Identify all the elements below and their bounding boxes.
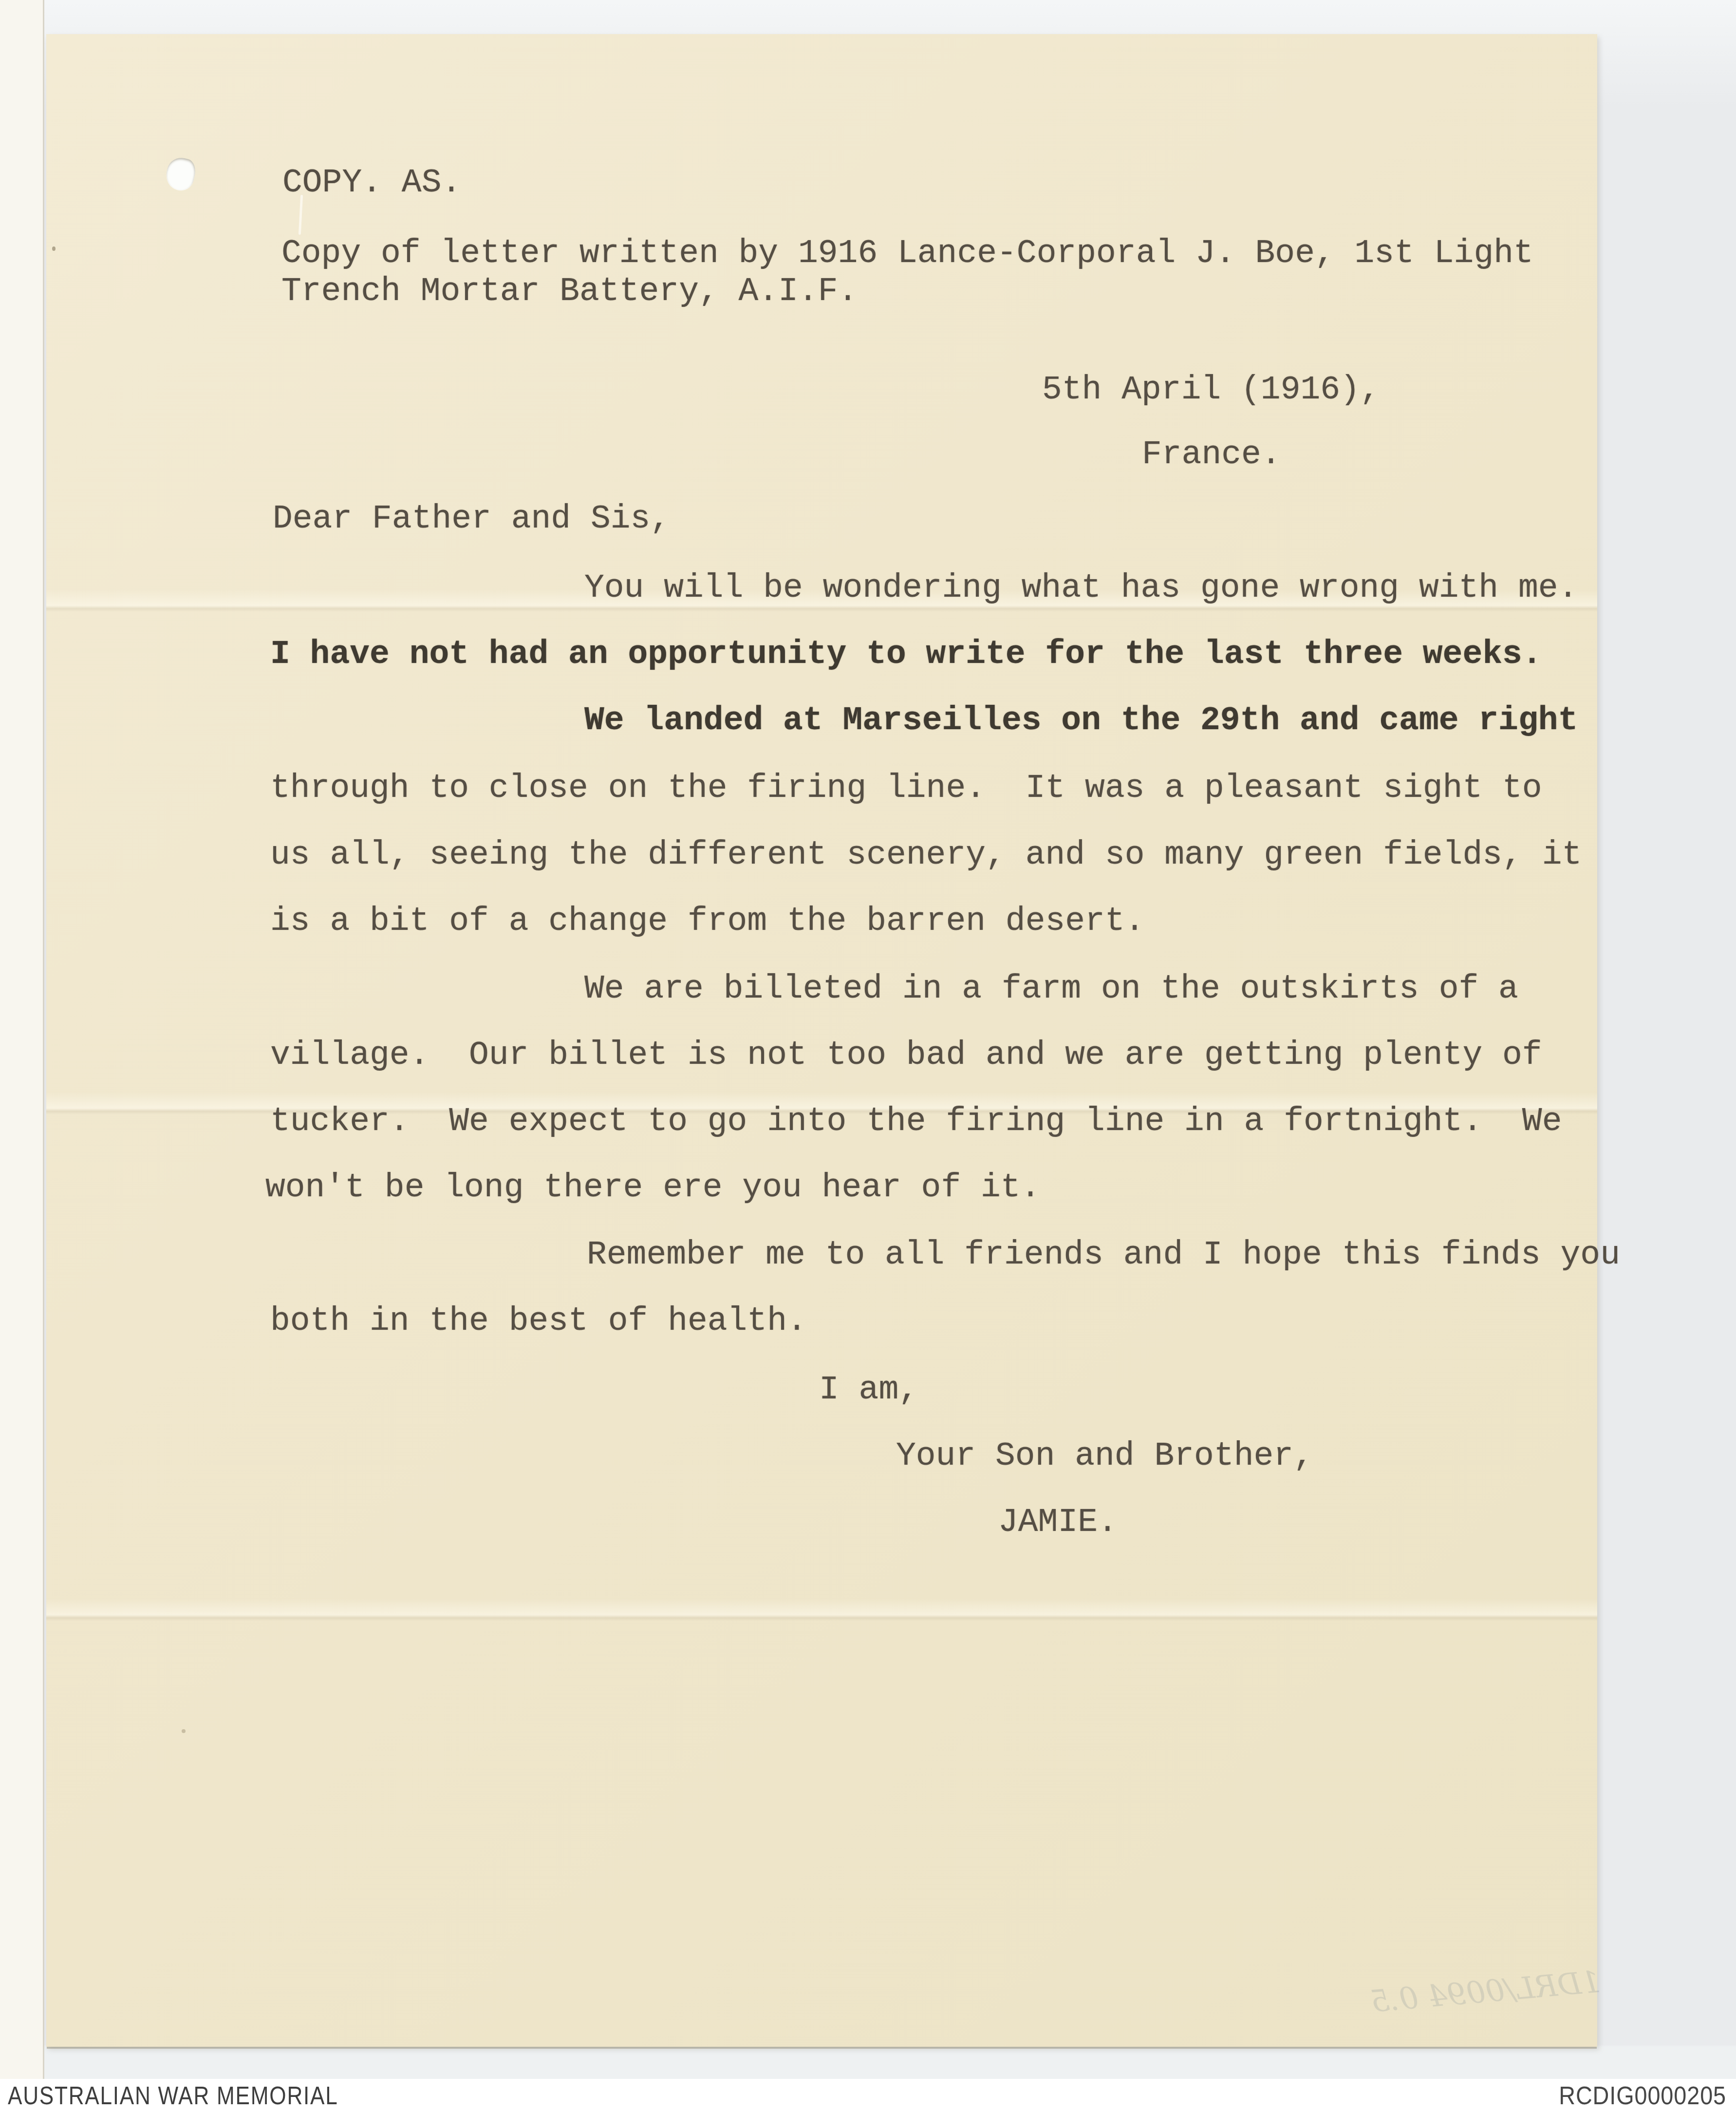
backing-board-strip	[0, 0, 44, 2079]
body-line: Remember me to all friends and I hope th…	[587, 1238, 1620, 1273]
letter-sheet: COPY. AS. Copy of letter written by 1916…	[46, 34, 1597, 2047]
digitisation-footer: AUSTRALIAN WAR MEMORIAL RCDIG0000205	[0, 2079, 1736, 2113]
closing-line-1: I am,	[819, 1373, 918, 1408]
body-line: tucker. We expect to go into the firing …	[270, 1104, 1562, 1139]
body-line: both in the best of health.	[270, 1304, 807, 1339]
institution-name: AUSTRALIAN WAR MEMORIAL	[8, 2081, 338, 2111]
body-line: through to close on the firing line. It …	[270, 771, 1542, 806]
scanned-letter-page: COPY. AS. Copy of letter written by 1916…	[0, 0, 1736, 2113]
body-line: village. Our billet is not too bad and w…	[270, 1038, 1542, 1073]
body-line: us all, seeing the different scenery, an…	[270, 838, 1582, 873]
provenance-line-1: Copy of letter written by 1916 Lance-Cor…	[281, 236, 1533, 271]
body-line: We landed at Marseilles on the 29th and …	[584, 703, 1578, 738]
place-line: France.	[1142, 437, 1281, 472]
record-reference-id: RCDIG0000205	[1559, 2081, 1726, 2111]
punch-hole	[163, 155, 198, 193]
paper-speck	[182, 1729, 186, 1733]
pencil-bleedthrough-note: 1DRL/0094 0.5	[1390, 1964, 1605, 2045]
fold-crease	[46, 1599, 1597, 1621]
date-line: 5th April (1916),	[1042, 373, 1380, 408]
copy-header: COPY. AS.	[282, 166, 461, 201]
body-line: I have not had an opportunity to write f…	[270, 637, 1542, 672]
provenance-line-2: Trench Mortar Battery, A.I.F.	[281, 274, 858, 309]
closing-line-2: Your Son and Brother,	[896, 1439, 1313, 1474]
body-line: is a bit of a change from the barren des…	[270, 904, 1145, 939]
salutation: Dear Father and Sis,	[273, 502, 670, 537]
body-line: We are billeted in a farm on the outskir…	[584, 972, 1518, 1007]
body-line: won't be long there ere you hear of it.	[265, 1170, 1040, 1206]
body-line: You will be wondering what has gone wron…	[584, 571, 1578, 606]
paper-speck	[52, 246, 56, 251]
signature: JAMIE.	[998, 1505, 1118, 1540]
